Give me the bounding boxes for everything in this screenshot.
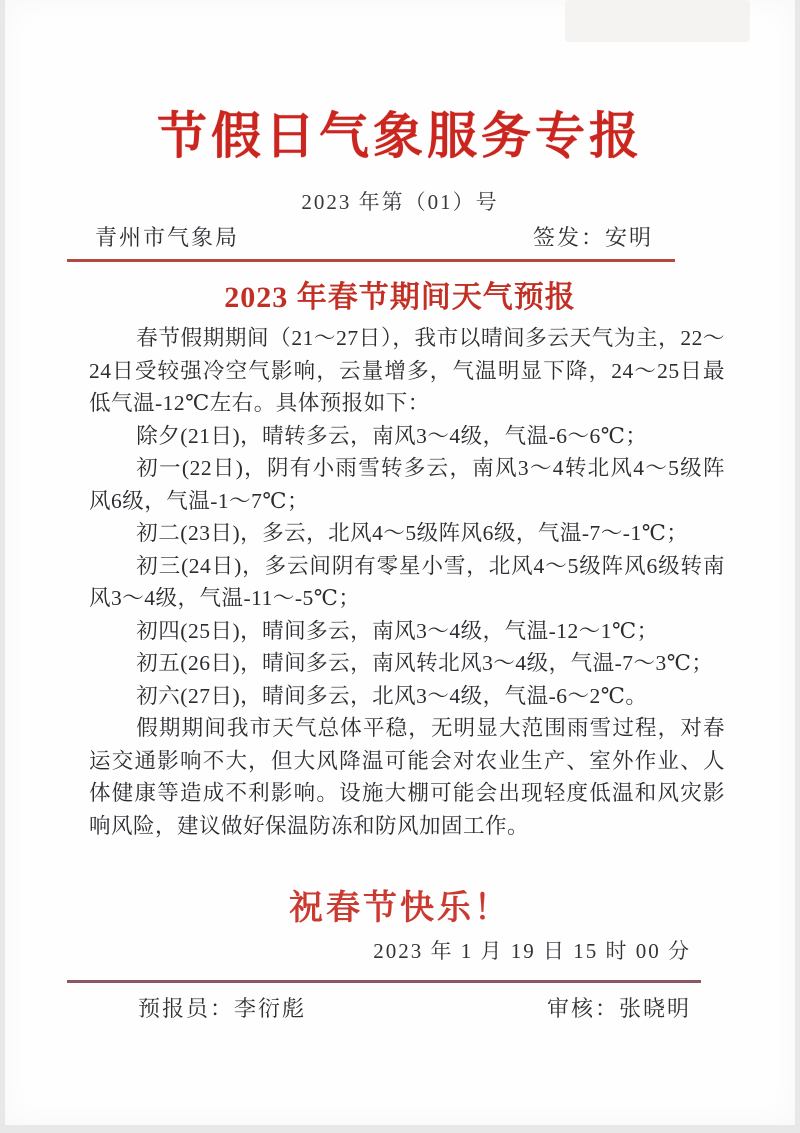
forecast-line-chuwu: 初五(26日)，晴间多云，南风转北风3～4级，气温-7～3℃； [89,647,725,680]
forecast-line-chuyi: 初一(22日)，阴有小雨雪转多云，南风3～4转北风4～5级阵风6级，气温-1～7… [89,452,725,517]
signed-by: 签发：安明 [533,221,653,252]
forecast-line-chusan: 初三(24日)，多云间阴有零星小雪，北风4～5级阵风6级转南风3～4级，气温-1… [89,550,725,615]
holiday-blessing: 祝春节快乐！ [5,880,795,929]
forecaster-name: 预报员：李衍彪 [138,992,306,1023]
forecast-body: 春节假期期间（21～27日），我市以晴间多云天气为主，22～24日受较强冷空气影… [89,322,725,842]
footer-divider-rule [67,980,701,983]
issuer-organization: 青州市气象局 [95,221,239,252]
photo-shade-artifact [565,0,750,42]
forecast-line-chuliu: 初六(27日)，晴间多云，北风3～4级，气温-6～2℃。 [89,680,725,713]
reviewer-name: 审核：张晓明 [547,992,691,1023]
masthead-title: 节假日气象服务专报 [5,96,795,168]
forecast-title: 2023 年春节期间天气预报 [5,272,795,316]
forecast-line-chuer: 初二(23日)，多云，北风4～5级阵风6级，气温-7～-1℃； [89,517,725,550]
outlook-paragraph: 假期期间我市天气总体平稳，无明显大范围雨雪过程，对春运交通影响不大，但大风降温可… [89,712,725,842]
intro-paragraph: 春节假期期间（21～27日），我市以晴间多云天气为主，22～24日受较强冷空气影… [89,322,725,420]
document-page: 节假日气象服务专报 2023 年第（01）号 青州市气象局 签发：安明 2023… [5,0,795,1125]
header-divider-rule [67,259,675,262]
issue-number: 2023 年第（01）号 [5,186,795,216]
forecast-line-chusi: 初四(25日)，晴间多云，南风3～4级，气温-12～1℃； [89,615,725,648]
forecast-line-chuxi: 除夕(21日)，晴转多云，南风3～4级，气温-6～6℃； [89,420,725,453]
issue-datetime: 2023 年 1 月 19 日 15 时 00 分 [373,935,691,965]
